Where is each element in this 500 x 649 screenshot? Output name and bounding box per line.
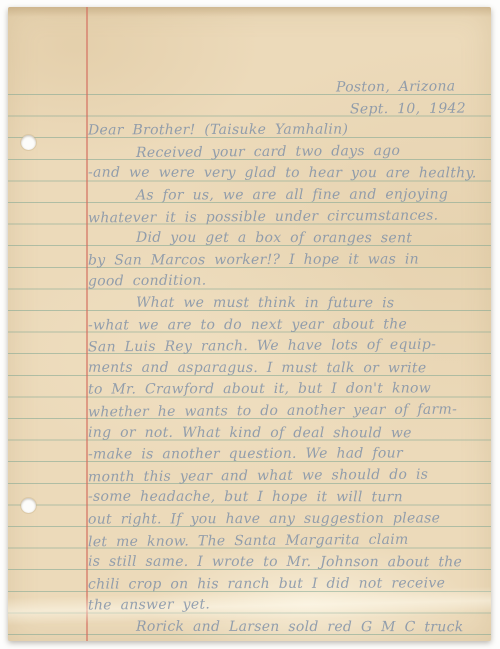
letter-body-line: chili crop on his ranch but I did not re… — [88, 574, 445, 593]
letter-body-line: whether he wants to do another year of f… — [88, 401, 457, 422]
letter-body-line: month this year and what we should do is — [88, 465, 428, 486]
paper-texture — [8, 7, 491, 641]
letter-body-line: -what we are to do next year about the — [88, 315, 407, 334]
letter-salutation: Dear Brother! (Taisuke Yamhalin) — [88, 121, 348, 140]
letter-place: Poston, Arizona — [336, 77, 456, 96]
letter-date: Sept. 10, 1942 — [350, 99, 466, 118]
letter-body-line: is still same. I wrote to Mr. Johnson ab… — [88, 553, 462, 572]
letter-body-line: whatever it is possible under circumstan… — [88, 206, 439, 227]
letter-body-line: good condition. — [88, 272, 207, 291]
margin-line — [86, 7, 88, 641]
letter-body-line: out right. If you have any suggestion pl… — [88, 509, 440, 528]
letter-body-line: Rorick and Larsen sold red G M C truck — [136, 618, 464, 637]
letter-photo: Poston, Arizona Sept. 10, 1942 Dear Brot… — [0, 0, 500, 649]
letter-body-line: Did you get a box of oranges sent — [136, 229, 412, 247]
letter-body-line: to Mr. Crawford about it, but I don't kn… — [88, 380, 431, 399]
letter-body-line: the answer yet. — [88, 596, 210, 615]
ruled-lines — [8, 94, 491, 639]
paper-crease — [8, 587, 491, 626]
letter-body-line: Received your card two days ago — [136, 142, 400, 162]
letter-body-line: ing or not. What kind of deal should we — [88, 423, 412, 442]
letter-body-line: by San Marcos worker!? I hope it was in — [88, 250, 419, 269]
letter-body-line: San Luis Rey ranch. We have lots of equi… — [88, 336, 436, 357]
letter-body-line: What we must think in future is — [136, 294, 394, 312]
letter-page: Poston, Arizona Sept. 10, 1942 Dear Brot… — [8, 7, 491, 641]
letter-body-line: As for us, we are all fine and enjoying — [136, 185, 448, 204]
letter-body-line: -some headache, but I hope it will turn — [88, 488, 403, 507]
letter-body-line: let me know. The Santa Margarita claim — [88, 530, 409, 551]
letter-body-line: -and we were very glad to hear you are h… — [88, 164, 477, 183]
letter-body-line: ments and asparagus. I must talk or writ… — [88, 359, 426, 378]
punch-hole-top — [21, 135, 36, 150]
punch-hole-bottom — [21, 498, 36, 513]
letter-body-line: -make is another question. We had four — [88, 445, 403, 464]
